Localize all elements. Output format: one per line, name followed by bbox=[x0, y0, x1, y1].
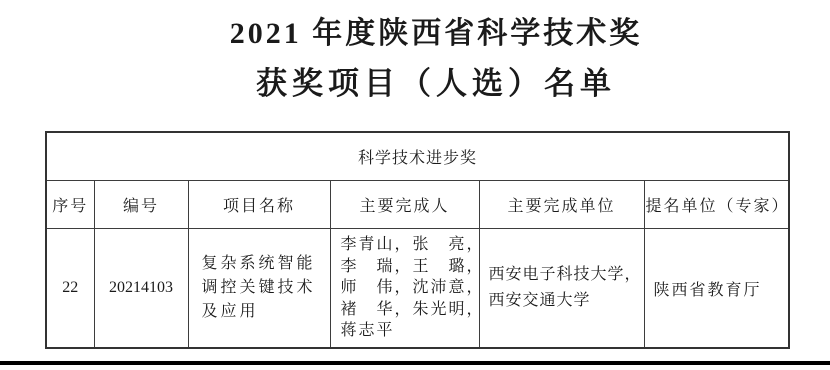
contributors-line: 李青山，张 亮， bbox=[341, 234, 469, 256]
col-header-nominating-org: 提名单位（专家） bbox=[644, 181, 789, 229]
col-header-main-org: 主要完成单位 bbox=[479, 181, 644, 229]
org-line: 西安交通大学 bbox=[489, 288, 635, 314]
bottom-horizontal-rule bbox=[0, 361, 830, 365]
table-row: 22 20214103 复杂系统智能调控关键技术及应用 李青山，张 亮， 李 瑞… bbox=[46, 229, 789, 349]
cell-nominating-org: 陕西省教育厅 bbox=[644, 229, 789, 349]
cell-main-org: 西安电子科技大学， 西安交通大学 bbox=[479, 229, 644, 349]
col-header-code: 编号 bbox=[94, 181, 188, 229]
table-header-row: 序号 编号 项目名称 主要完成人 主要完成单位 提名单位（专家） bbox=[46, 181, 789, 229]
col-header-project-name: 项目名称 bbox=[188, 181, 330, 229]
contributors-line: 蒋志平 bbox=[341, 320, 469, 342]
org-line: 西安电子科技大学， bbox=[489, 262, 635, 288]
section-title-cell: 科学技术进步奖 bbox=[46, 132, 789, 181]
contributors-line: 师 伟，沈沛意， bbox=[341, 277, 469, 299]
awards-table: 科学技术进步奖 序号 编号 项目名称 主要完成人 主要完成单位 提名单位（专家）… bbox=[45, 131, 790, 349]
contributors-line: 褚 华，朱光明， bbox=[341, 299, 469, 321]
doc-title: 2021 年度陕西省科学技术奖 获奖项目（人选）名单 bbox=[42, 16, 830, 102]
contributors-line: 李 瑞，王 璐， bbox=[341, 256, 469, 278]
table-section-row: 科学技术进步奖 bbox=[46, 132, 789, 181]
col-header-main-contributors: 主要完成人 bbox=[330, 181, 479, 229]
col-header-serial: 序号 bbox=[46, 181, 94, 229]
document-page: 2021 年度陕西省科学技术奖 获奖项目（人选）名单 科学技术进步奖 序号 编号… bbox=[0, 0, 830, 370]
cell-main-contributors: 李青山，张 亮， 李 瑞，王 璐， 师 伟，沈沛意， 褚 华，朱光明， 蒋志平 bbox=[330, 229, 479, 349]
doc-title-line-1: 2021 年度陕西省科学技术奖 bbox=[42, 16, 830, 52]
cell-serial: 22 bbox=[46, 229, 94, 349]
cell-code: 20214103 bbox=[94, 229, 188, 349]
doc-title-line-2: 获奖项目（人选）名单 bbox=[42, 66, 830, 102]
cell-project-name: 复杂系统智能调控关键技术及应用 bbox=[188, 229, 330, 349]
